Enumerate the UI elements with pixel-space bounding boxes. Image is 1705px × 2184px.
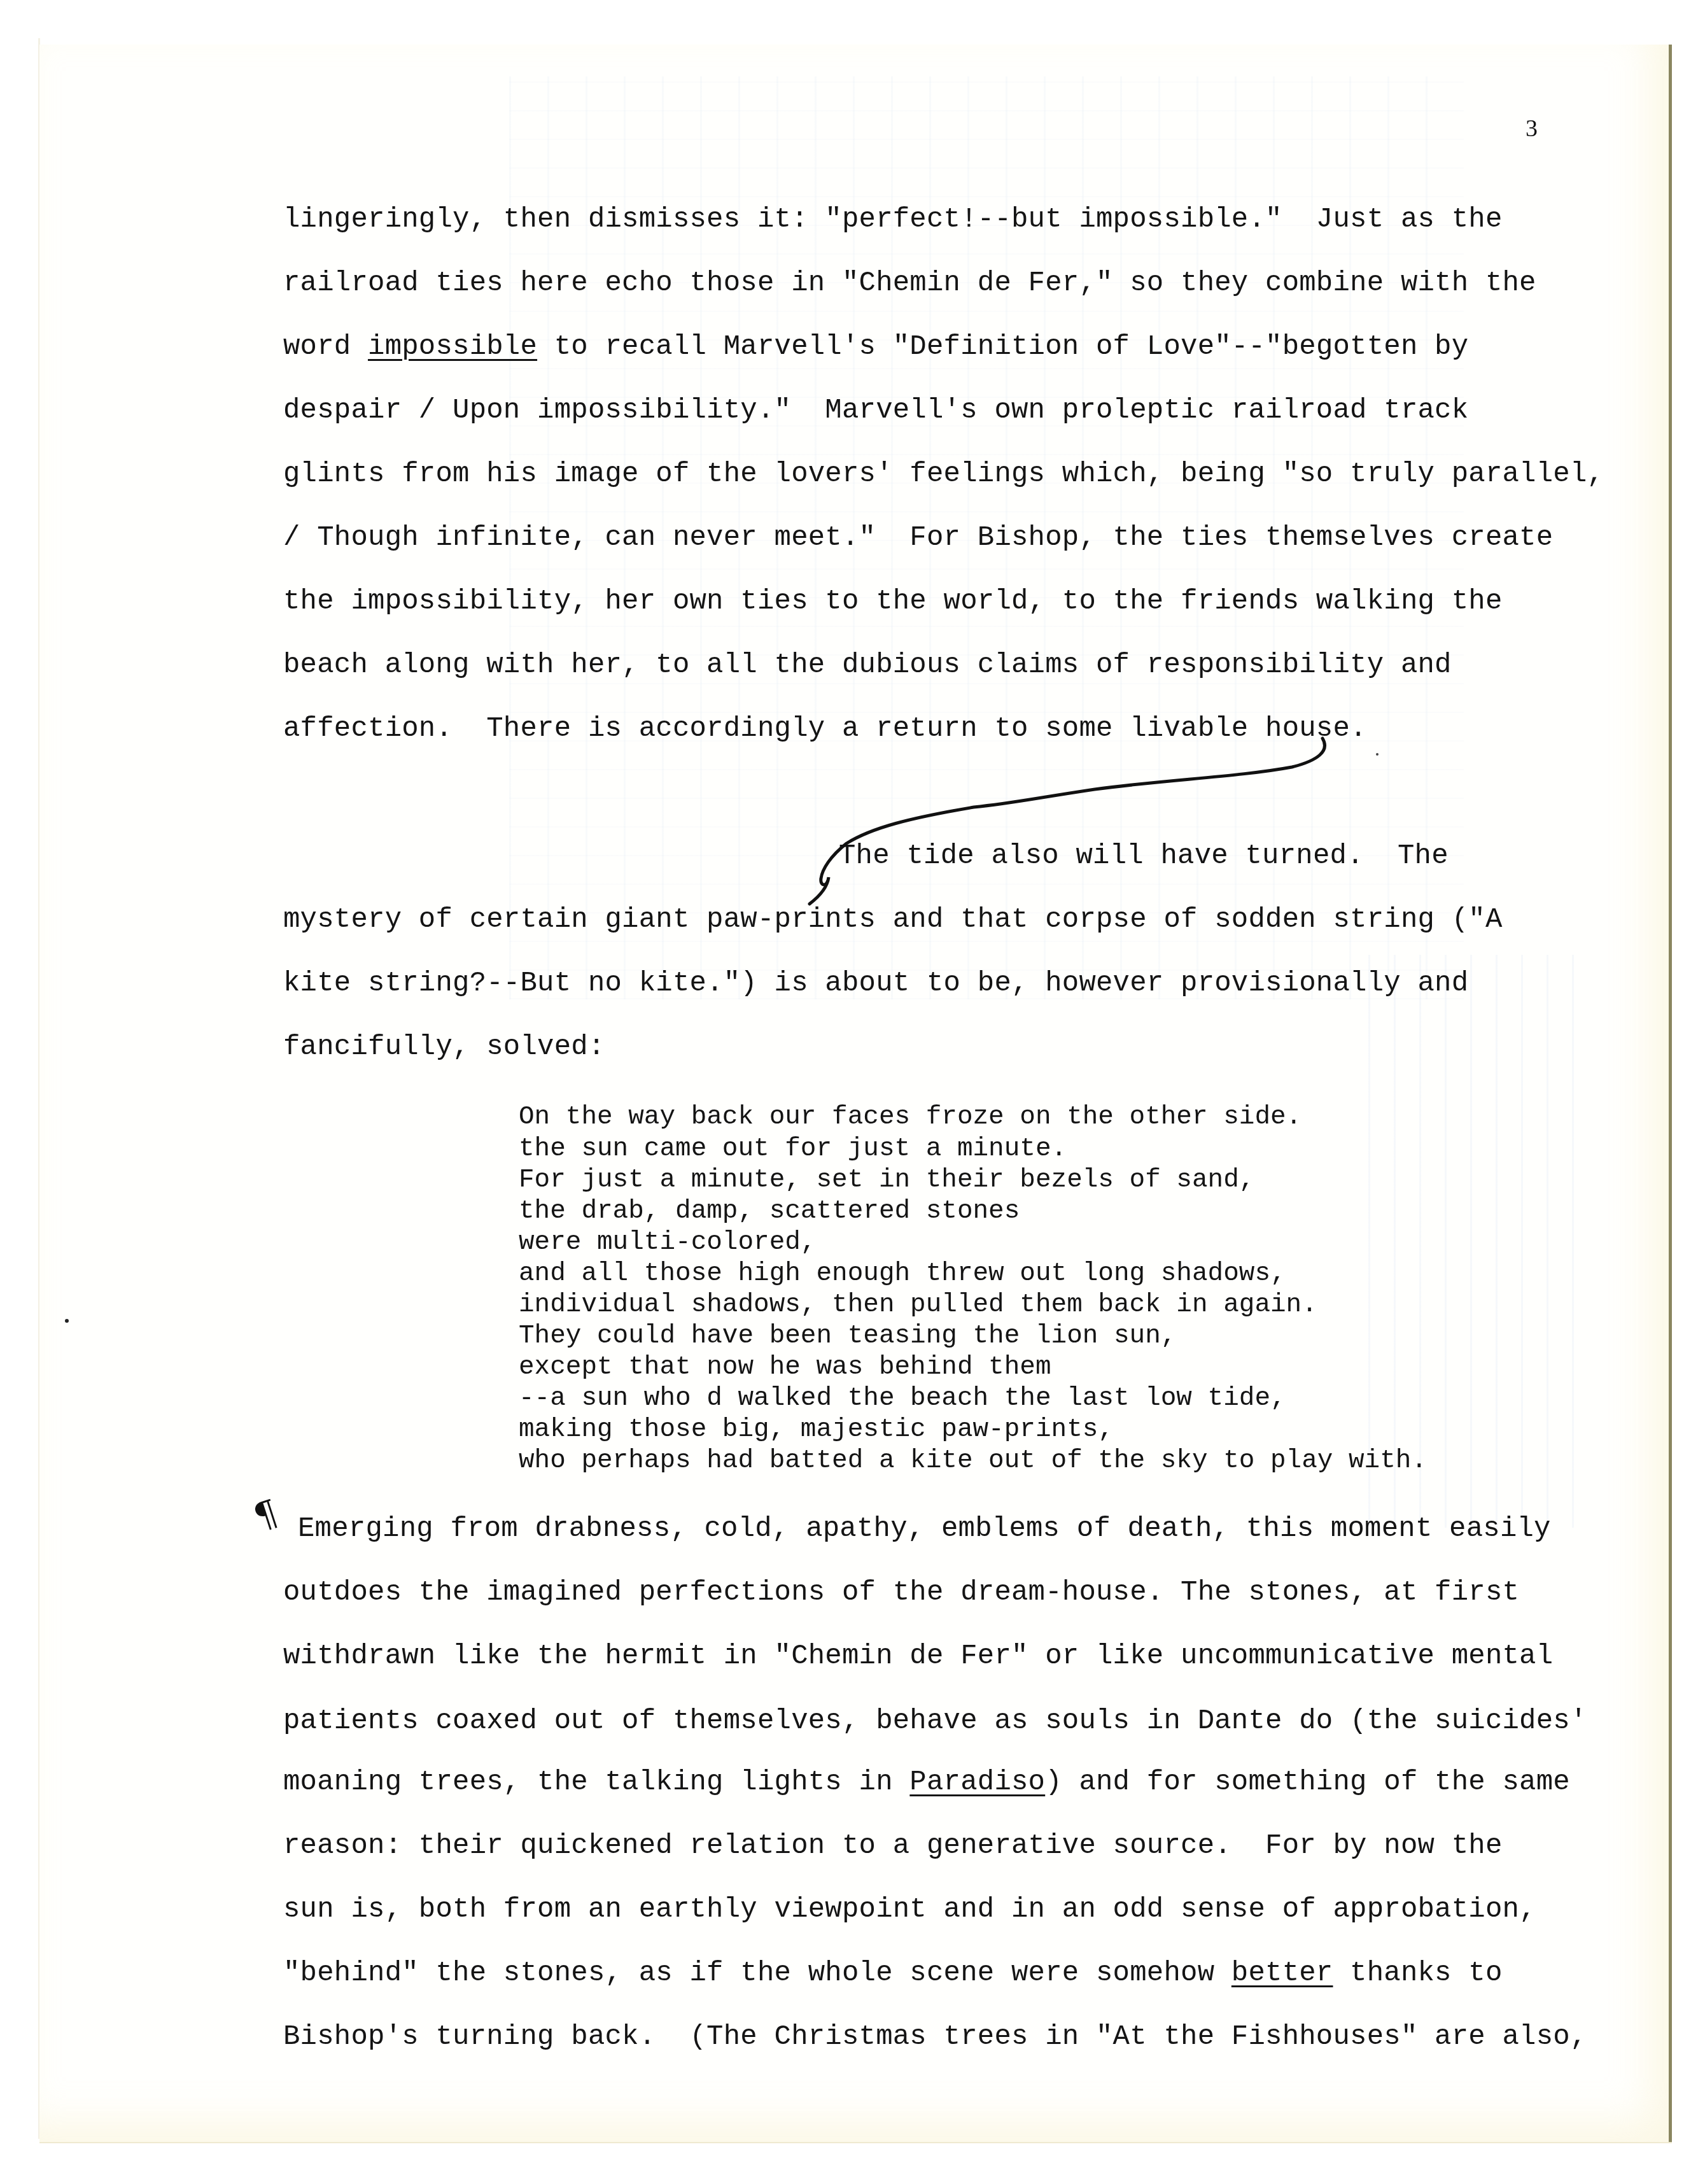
poem-line: who perhaps had batted a kite out of the…: [519, 1448, 1427, 1474]
text-segment: to recall Marvell's "Definition of Love"…: [537, 331, 1468, 363]
underlined-word-paradiso: Paradiso: [909, 1766, 1045, 1798]
body-line: patients coaxed out of themselves, behav…: [283, 1707, 1587, 1735]
body-line: despair / Upon impossibility." Marvell's…: [283, 397, 1468, 425]
page-number: 3: [1526, 115, 1538, 143]
body-line: beach along with her, to all the dubious…: [283, 651, 1452, 679]
body-line: Emerging from drabness, cold, apathy, em…: [298, 1515, 1551, 1543]
text-segment: "behind" the stones, as if the whole sce…: [283, 1957, 1231, 1989]
body-line: affection. There is accordingly a return…: [283, 715, 1367, 743]
text-segment: thanks to: [1333, 1957, 1502, 1989]
body-line: kite string?--But no kite.") is about to…: [283, 969, 1468, 997]
poem-line: the sun came out for just a minute.: [519, 1136, 1067, 1162]
text-segment: ) and for something of the same: [1045, 1766, 1570, 1798]
poem-line: They could have been teasing the lion su…: [519, 1323, 1176, 1349]
body-line: reason: their quickened relation to a ge…: [283, 1832, 1503, 1860]
poem-line: On the way back our faces froze on the o…: [519, 1104, 1302, 1131]
body-line: word impossible to recall Marvell's "Def…: [283, 333, 1468, 361]
body-line: fancifully, solved:: [283, 1033, 605, 1061]
poem-line: individual shadows, then pulled them bac…: [519, 1292, 1317, 1318]
body-line-indented: The tide also will have turned. The: [839, 842, 1449, 870]
underlined-word-impossible: impossible: [368, 331, 537, 363]
poem-line: --a sun who d walked the beach the last …: [519, 1386, 1286, 1412]
poem-line: the drab, damp, scattered stones: [519, 1199, 1020, 1225]
body-line: Bishop's turning back. (The Christmas tr…: [283, 2023, 1587, 2051]
body-line: outdoes the imagined perfections of the …: [283, 1579, 1519, 1607]
poem-line: and all those high enough threw out long…: [519, 1261, 1286, 1287]
body-line: lingeringly, then dismisses it: "perfect…: [283, 206, 1503, 234]
body-line: glints from his image of the lovers' fee…: [283, 460, 1604, 488]
body-line: sun is, both from an earthly viewpoint a…: [283, 1896, 1536, 1924]
body-line: "behind" the stones, as if the whole sce…: [283, 1959, 1503, 1987]
poem-line: For just a minute, set in their bezels o…: [519, 1167, 1254, 1194]
body-line: railroad ties here echo those in "Chemin…: [283, 269, 1536, 297]
poem-line: were multi-colored,: [519, 1230, 816, 1256]
paper-bottom-edge: [39, 2142, 1672, 2143]
body-line: / Though infinite, can never meet." For …: [283, 524, 1553, 552]
body-line: withdrawn like the hermit in "Chemin de …: [283, 1642, 1553, 1670]
body-line: the impossibility, her own ties to the w…: [283, 588, 1503, 616]
underlined-word-better: better: [1231, 1957, 1333, 1989]
text-segment: moaning trees, the talking lights in: [283, 1766, 909, 1798]
body-line: mystery of certain giant paw-prints and …: [283, 906, 1503, 934]
poem-line: except that now he was behind them: [519, 1355, 1051, 1381]
text-segment: word: [283, 331, 368, 363]
body-line: moaning trees, the talking lights in Par…: [283, 1768, 1570, 1796]
poem-line: making those big, majestic paw-prints,: [519, 1417, 1114, 1443]
